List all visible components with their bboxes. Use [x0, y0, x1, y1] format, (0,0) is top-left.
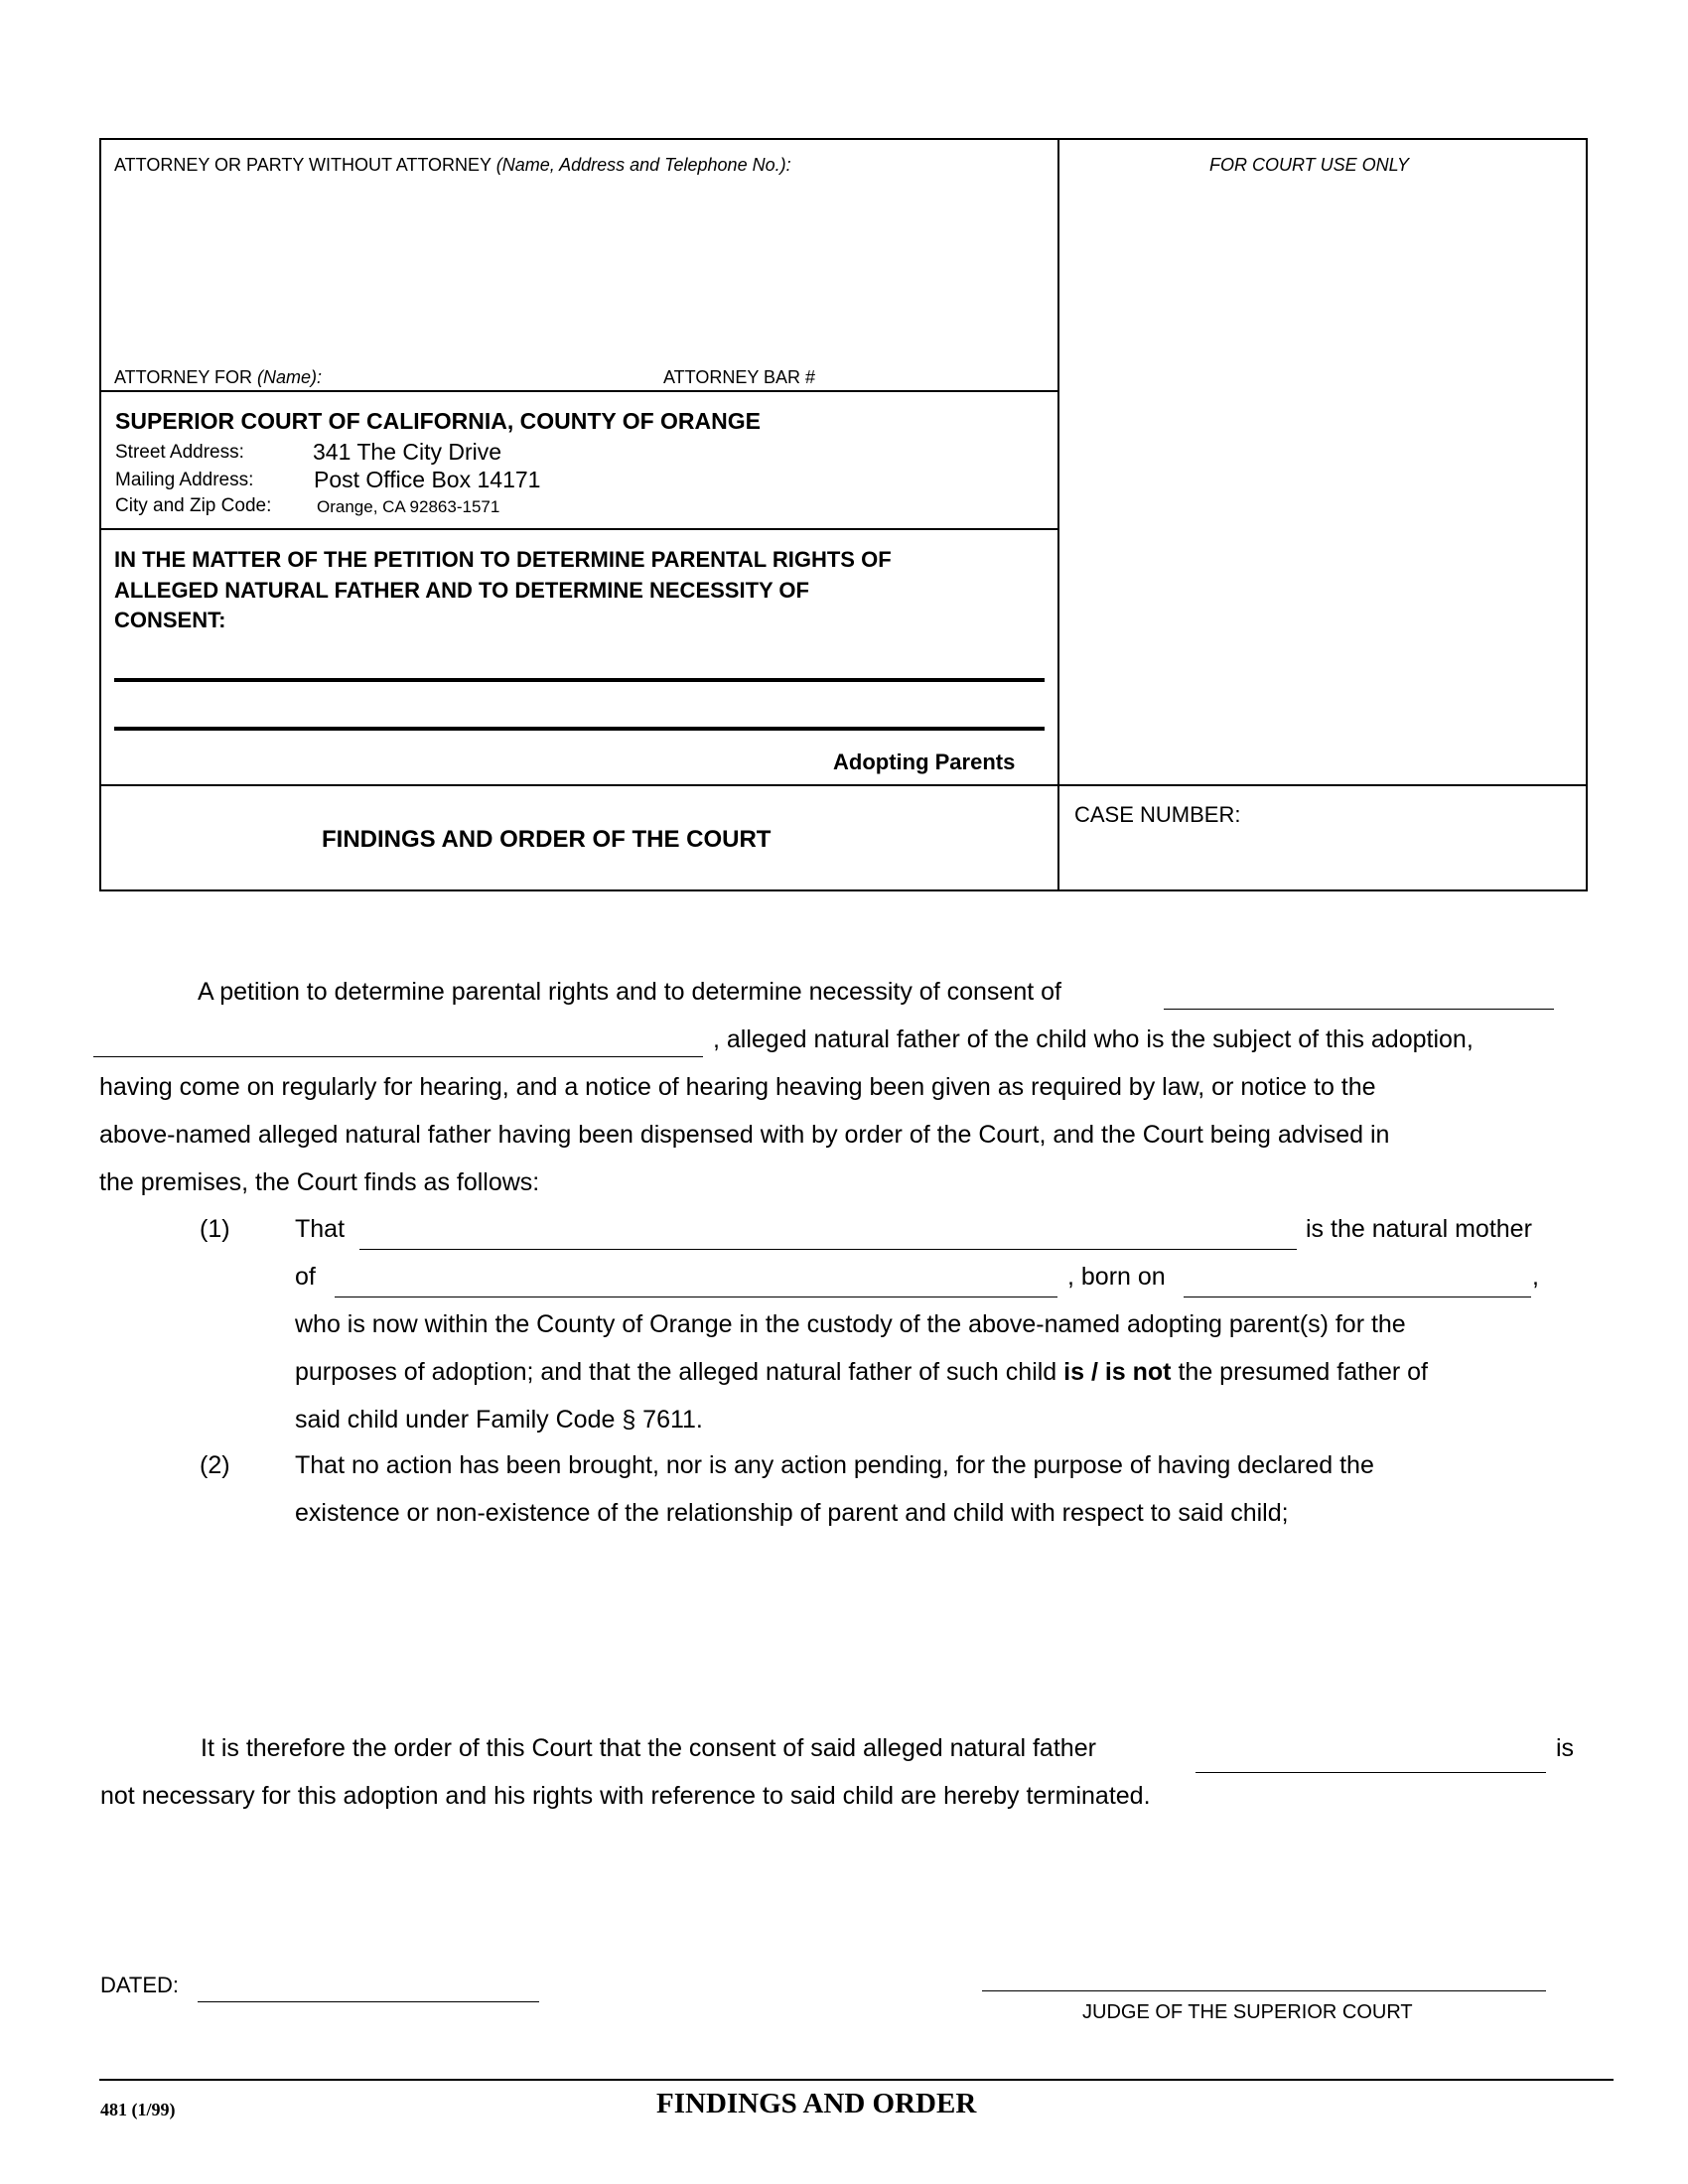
paragraph-1-line-5: the premises, the Court finds as follows… — [99, 1170, 539, 1195]
matter-line-2: ALLEGED NATURAL FATHER AND TO DETERMINE … — [114, 578, 809, 604]
caption-column-divider — [1057, 138, 1059, 891]
finding-2-line-1: That no action has been brought, nor is … — [295, 1453, 1374, 1478]
dated-label: DATED: — [100, 1973, 179, 1998]
court-name: SUPERIOR COURT OF CALIFORNIA, COUNTY OF … — [115, 408, 761, 435]
city-value: Orange, CA 92863-1571 — [317, 497, 499, 517]
judge-signature-line[interactable] — [982, 1990, 1546, 1991]
finding-1-comma: , — [1532, 1265, 1539, 1290]
paragraph-1-line-3: having come on regularly for hearing, an… — [99, 1075, 1376, 1100]
finding-1-line-3: who is now within the County of Orange i… — [295, 1312, 1406, 1337]
finding-1-line-4: purposes of adoption; and that the alleg… — [295, 1360, 1428, 1385]
form-title: FINDINGS AND ORDER OF THE COURT — [322, 826, 771, 854]
paragraph-1-line-2: , alleged natural father of the child wh… — [713, 1027, 1474, 1052]
matter-line-3: CONSENT: — [114, 608, 225, 633]
order-father-name-field[interactable] — [1196, 1772, 1546, 1773]
finding-1-number: (1) — [200, 1217, 230, 1242]
attorney-for-label: ATTORNEY FOR (Name): — [114, 367, 322, 388]
mailing-label: Mailing Address: — [115, 470, 253, 491]
adopting-parents-label: Adopting Parents — [833, 750, 1015, 775]
case-number-field[interactable] — [1074, 834, 1571, 879]
finding-1-of: of — [295, 1265, 316, 1290]
paragraph-1-line-4: above-named alleged natural father havin… — [99, 1123, 1389, 1148]
attorney-label: ATTORNEY OR PARTY WITHOUT ATTORNEY (Name… — [114, 155, 791, 176]
matter-line-1: IN THE MATTER OF THE PETITION TO DETERMI… — [114, 547, 892, 573]
birth-date-field[interactable] — [1184, 1297, 1531, 1297]
finding-1-line-5: said child under Family Code § 7611. — [295, 1408, 703, 1433]
judge-label: JUDGE OF THE SUPERIOR COURT — [1082, 2001, 1413, 2024]
attorney-row-divider — [99, 390, 1058, 392]
finding-1-mother: is the natural mother — [1306, 1217, 1532, 1242]
street-label: Street Address: — [115, 442, 244, 464]
order-line-2: not necessary for this adoption and his … — [100, 1784, 1151, 1809]
paragraph-1-line-1: A petition to determine parental rights … — [198, 980, 1061, 1005]
child-name-field[interactable] — [335, 1297, 1057, 1297]
consent-of-field[interactable] — [1164, 1009, 1554, 1010]
finding-2-number: (2) — [200, 1453, 230, 1478]
title-row-divider — [99, 784, 1588, 786]
is-is-not-choice[interactable]: is / is not — [1063, 1358, 1171, 1386]
mailing-value: Post Office Box 14171 — [314, 467, 540, 493]
footer-rule — [99, 2079, 1614, 2081]
finding-1-born: , born on — [1067, 1265, 1166, 1290]
order-is: is — [1556, 1736, 1574, 1761]
adopting-parent-line-2[interactable] — [114, 727, 1045, 731]
court-row-divider — [99, 528, 1058, 530]
attorney-bar-label: ATTORNEY BAR # — [663, 367, 815, 388]
city-label: City and Zip Code: — [115, 495, 271, 517]
adopting-parent-line-1[interactable] — [114, 678, 1045, 682]
order-line-1: It is therefore the order of this Court … — [201, 1736, 1096, 1761]
alleged-father-name-field[interactable] — [93, 1056, 703, 1057]
case-number-label: CASE NUMBER: — [1074, 802, 1240, 828]
street-value: 341 The City Drive — [313, 439, 501, 466]
dated-field[interactable] — [198, 2001, 539, 2002]
footer-title: FINDINGS AND ORDER — [656, 2088, 976, 2120]
attorney-name-field[interactable] — [114, 189, 1038, 357]
form-number: 481 (1/99) — [100, 2100, 176, 2120]
finding-2-line-2: existence or non-existence of the relati… — [295, 1501, 1289, 1526]
court-use-label: FOR COURT USE ONLY — [1209, 155, 1409, 176]
finding-1-that: That — [295, 1217, 345, 1242]
natural-mother-field[interactable] — [359, 1249, 1297, 1250]
